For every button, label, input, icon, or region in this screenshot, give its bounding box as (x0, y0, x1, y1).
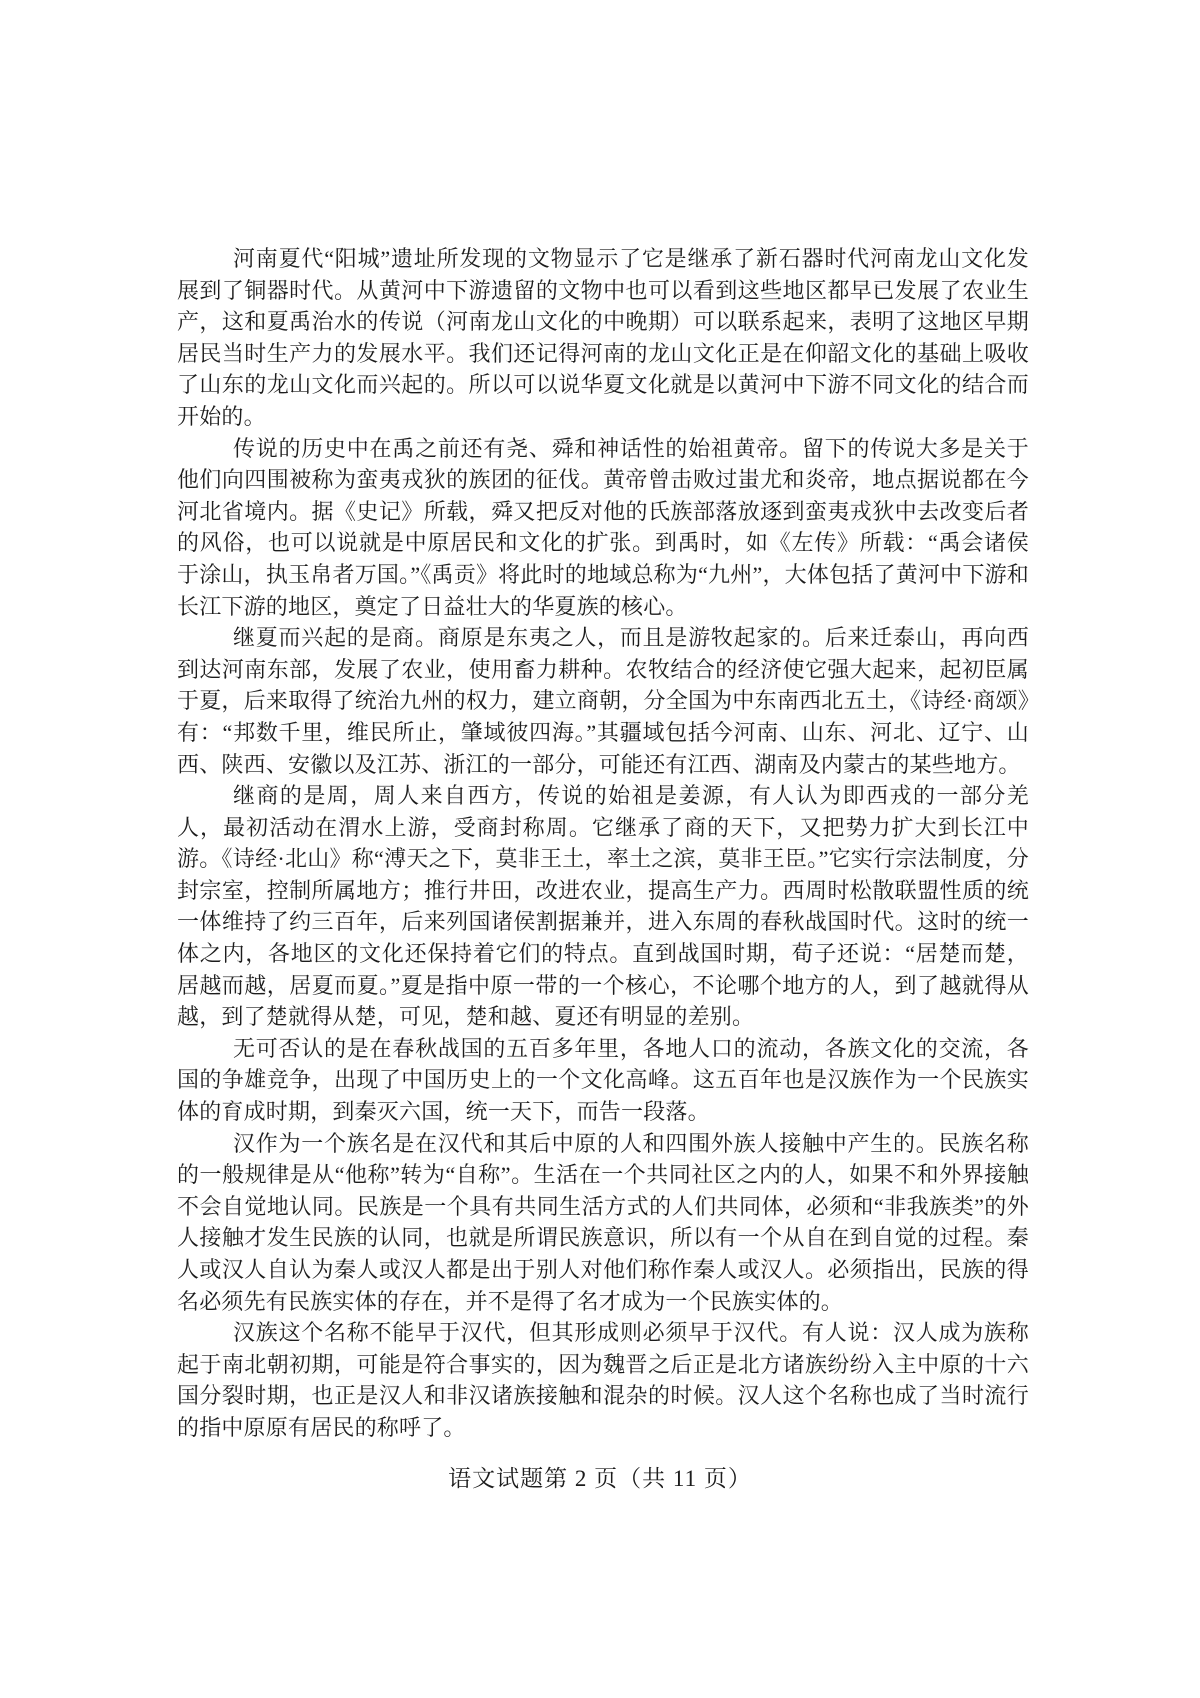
passage-paragraph-3: 继夏而兴起的是商。商原是东夷之人，而且是游牧起家的。后来迁泰山，再向西到达河南东… (177, 622, 1029, 780)
passage-paragraph-4: 继商的是周，周人来自西方，传说的始祖是姜源，有人认为即西戎的一部分羌人，最初活动… (177, 780, 1029, 1033)
reading-passage: 河南夏代“阳城”遗址所发现的文物显示了它是继承了新石器时代河南龙山文化发展到了铜… (177, 243, 1029, 1444)
passage-paragraph-7: 汉族这个名称不能早于汉代，但其形成则必须早于汉代。有人说：汉人成为族称起于南北朝… (177, 1317, 1029, 1443)
exam-paper-page: 河南夏代“阳城”遗址所发现的文物显示了它是继承了新石器时代河南龙山文化发展到了铜… (0, 0, 1200, 1698)
passage-paragraph-5: 无可否认的是在春秋战国的五百多年里，各地人口的流动，各族文化的交流，各国的争雄竞… (177, 1033, 1029, 1128)
page-number-label: 语文试题第 2 页（共 11 页） (448, 1466, 752, 1491)
passage-paragraph-1: 河南夏代“阳城”遗址所发现的文物显示了它是继承了新石器时代河南龙山文化发展到了铜… (177, 243, 1029, 433)
page-footer: 语文试题第 2 页（共 11 页） (0, 1460, 1200, 1493)
passage-paragraph-6: 汉作为一个族名是在汉代和其后中原的人和四围外族人接触中产生的。民族名称的一般规律… (177, 1128, 1029, 1318)
passage-paragraph-2: 传说的历史中在禹之前还有尧、舜和神话性的始祖黄帝。留下的传说大多是关于他们向四围… (177, 433, 1029, 623)
